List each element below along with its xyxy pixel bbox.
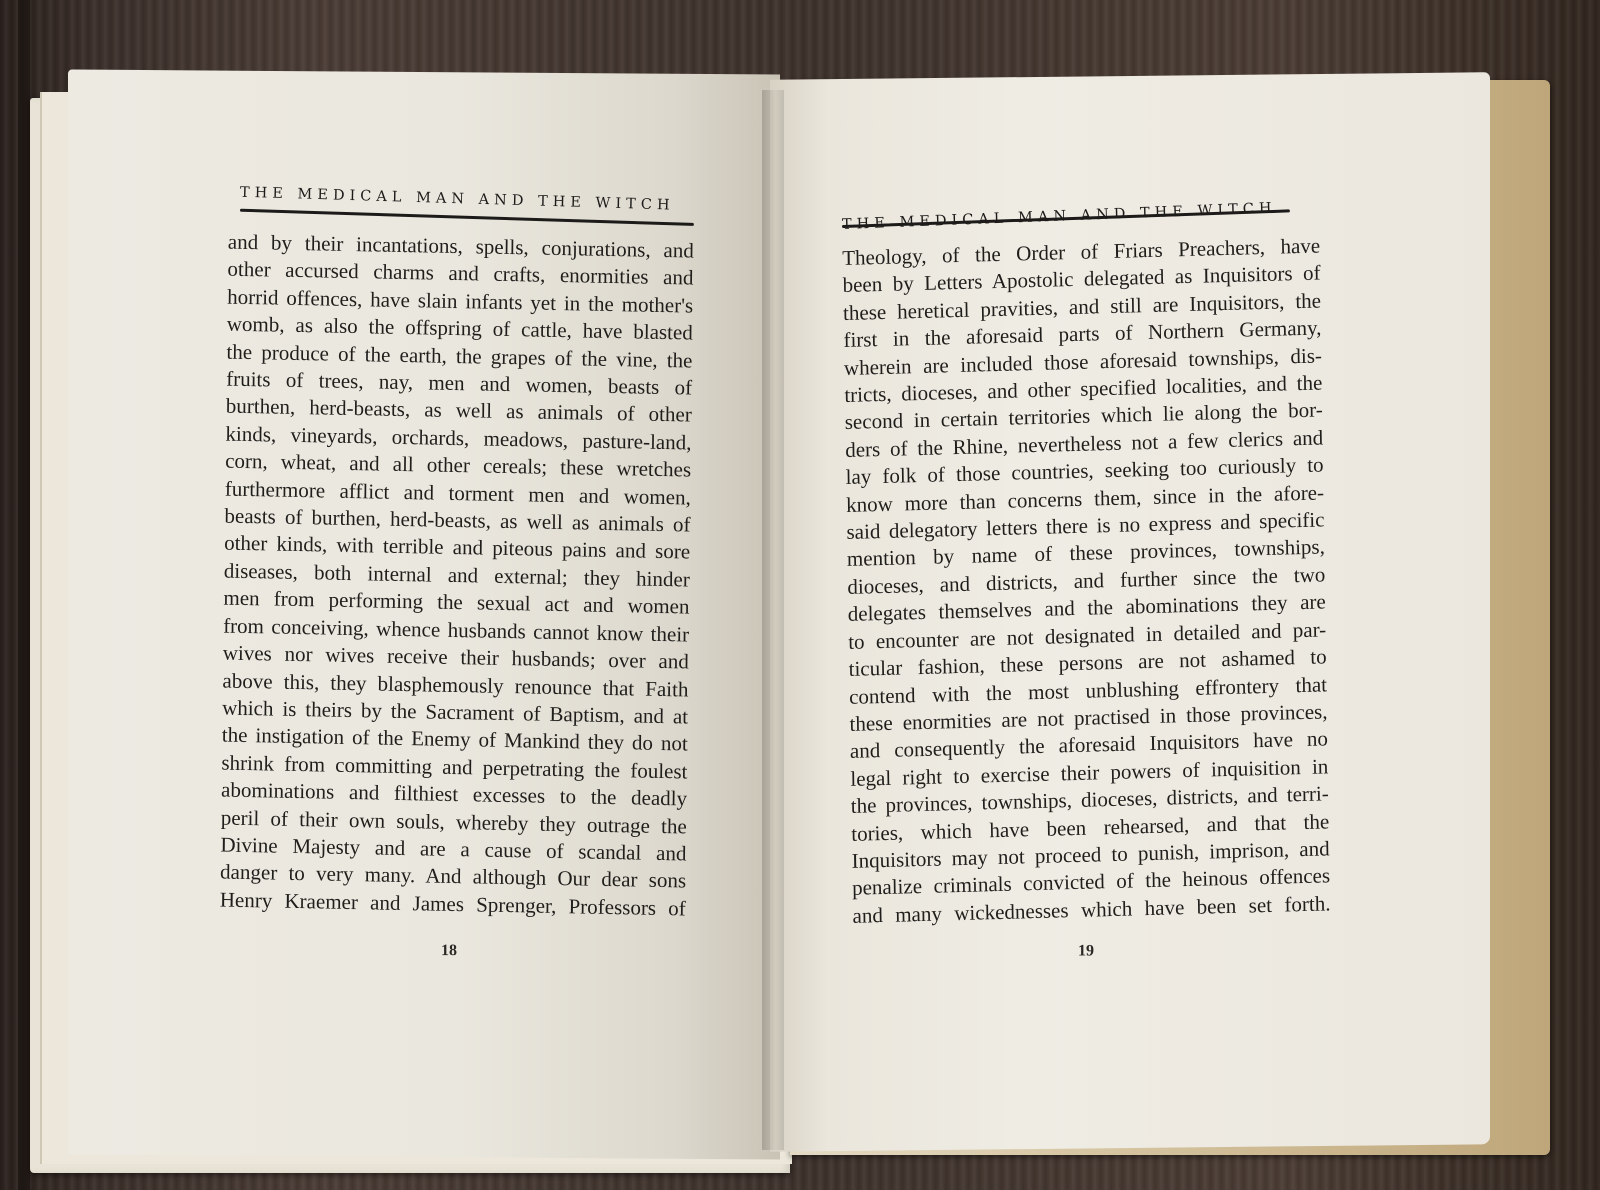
page-number-right: 19 bbox=[1078, 942, 1094, 960]
page-number-left: 18 bbox=[441, 942, 457, 960]
book-gutter bbox=[762, 90, 784, 1150]
right-page-body: Theology, of the Order of Friars Preache… bbox=[842, 233, 1331, 930]
running-head-left: THE MEDICAL MAN AND THE WITCH bbox=[240, 185, 675, 214]
left-page-body: and by their incantations, spells, conju… bbox=[220, 229, 694, 923]
left-page: THE MEDICAL MAN AND THE WITCH and by the… bbox=[68, 70, 780, 1160]
table-plank-seam bbox=[18, 0, 30, 1190]
right-page: THE MEDICAL MAN AND THE WITCH Theology, … bbox=[770, 72, 1490, 1152]
